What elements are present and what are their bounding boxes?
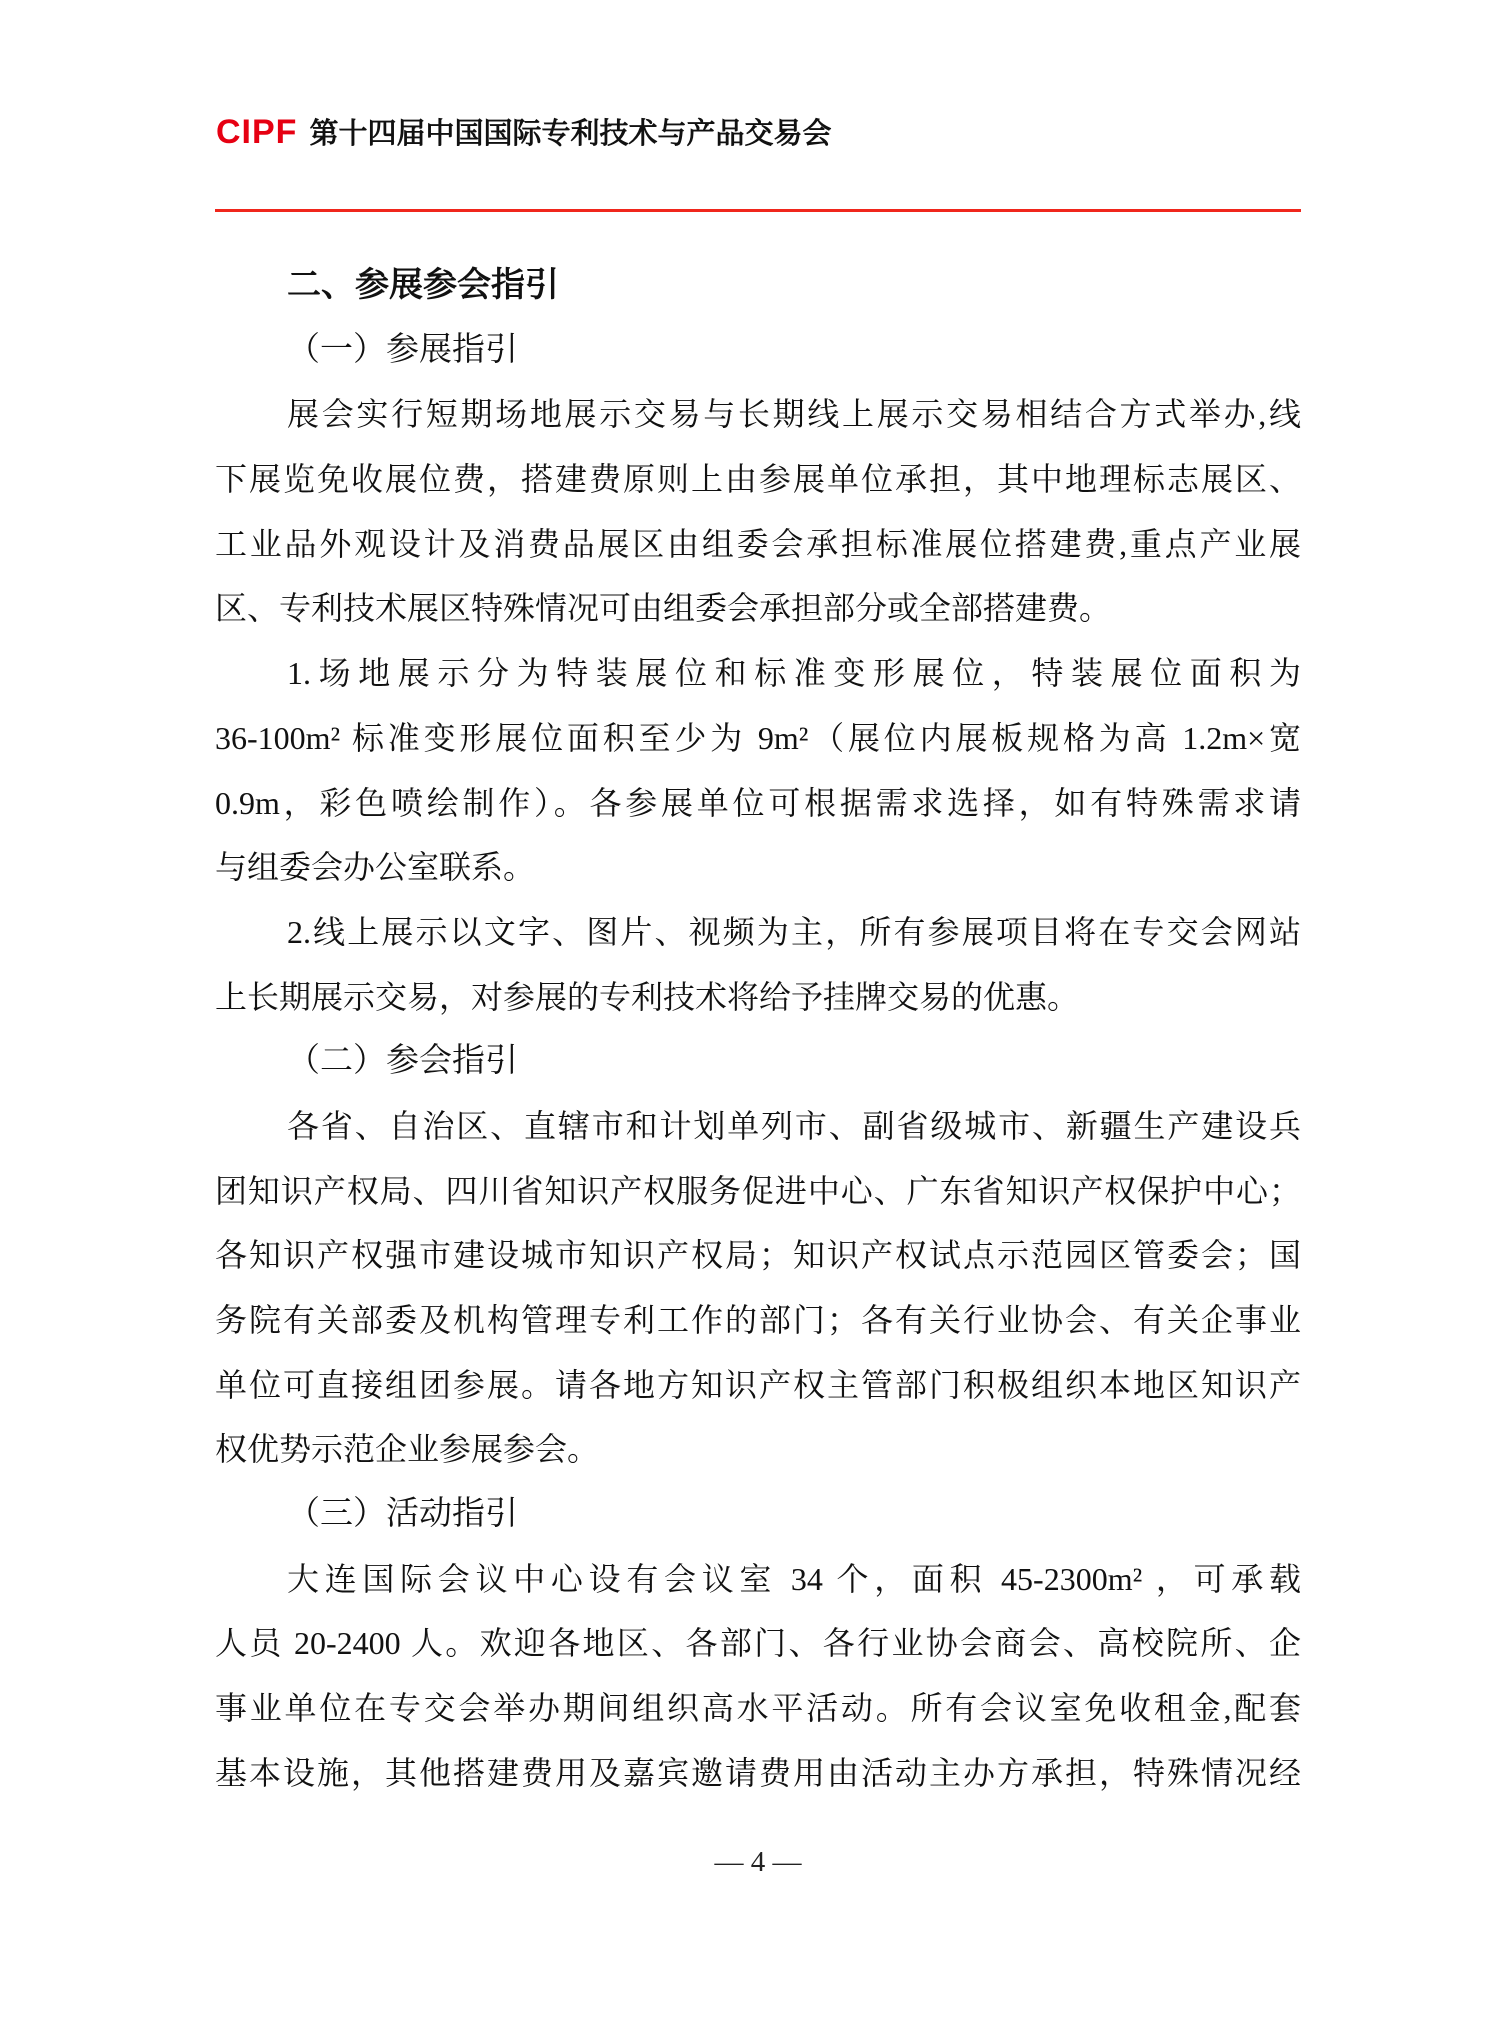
body-line: 各知识产权强市建设城市知识产权局；知识产权试点示范园区管委会；国 (215, 1223, 1301, 1288)
body-line: 各省、自治区、直辖市和计划单列市、副省级城市、新疆生产建设兵 (215, 1094, 1301, 1159)
body-line: 工业品外观设计及消费品展区由组委会承担标准展位搭建费,重点产业展 (215, 512, 1301, 577)
subsection-heading-2: （二）参会指引 (215, 1029, 1301, 1094)
body-line: 基本设施，其他搭建费用及嘉宾邀请费用由活动主办方承担，特殊情况经 (215, 1741, 1301, 1806)
subsection-heading-1: （一）参展指引 (215, 318, 1301, 383)
header-rule (215, 209, 1301, 212)
subsection-heading-3: （三）活动指引 (215, 1482, 1301, 1547)
cipf-logo: CIPF (216, 113, 297, 151)
body-line: 36-100m² 标准变形展位面积至少为 9m²（展位内展板规格为高 1.2m×… (215, 706, 1301, 771)
body-line: 2.线上展示以文字、图片、视频为主，所有参展项目将在专交会网站 (215, 900, 1301, 965)
doc-header: CIPF第十四届中国国际专利技术与产品交易会 (216, 112, 831, 154)
body-line: 与组委会办公室联系。 (215, 835, 1301, 900)
header-title: 第十四届中国国际专利技术与产品交易会 (309, 118, 831, 150)
doc-content: 二、参展参会指引 （一）参展指引 展会实行短期场地展示交易与长期线上展示交易相结… (215, 253, 1301, 1806)
body-line: 务院有关部委及机构管理专利工作的部门；各有关行业协会、有关企事业 (215, 1288, 1301, 1353)
page-footer: — 4 — (215, 1846, 1301, 1879)
section-heading: 二、参展参会指引 (215, 253, 1301, 318)
page-number: — 4 — (715, 1846, 802, 1878)
body-line: 团知识产权局、四川省知识产权服务促进中心、广东省知识产权保护中心； (215, 1159, 1301, 1224)
body-line: 事业单位在专交会举办期间组织高水平活动。所有会议室免收租金,配套 (215, 1676, 1301, 1741)
body-line: 人员 20-2400 人。欢迎各地区、各部门、各行业协会商会、高校院所、企 (215, 1611, 1301, 1676)
body-line: 0.9m，彩色喷绘制作）。各参展单位可根据需求选择，如有特殊需求请 (215, 771, 1301, 836)
document-page: CIPF第十四届中国国际专利技术与产品交易会 二、参展参会指引 （一）参展指引 … (0, 0, 1500, 2021)
body-line: 1.场地展示分为特装展位和标准变形展位，特装展位面积为 (215, 641, 1301, 706)
body-line: 权优势示范企业参展参会。 (215, 1417, 1301, 1482)
body-line: 下展览免收展位费，搭建费原则上由参展单位承担，其中地理标志展区、 (215, 447, 1301, 512)
body-line: 大连国际会议中心设有会议室 34 个，面积 45-2300m² ，可承载 (215, 1547, 1301, 1612)
body-line: 区、专利技术展区特殊情况可由组委会承担部分或全部搭建费。 (215, 576, 1301, 641)
body-line: 展会实行短期场地展示交易与长期线上展示交易相结合方式举办,线 (215, 382, 1301, 447)
body-line: 上长期展示交易，对参展的专利技术将给予挂牌交易的优惠。 (215, 965, 1301, 1030)
body-line: 单位可直接组团参展。请各地方知识产权主管部门积极组织本地区知识产 (215, 1353, 1301, 1418)
